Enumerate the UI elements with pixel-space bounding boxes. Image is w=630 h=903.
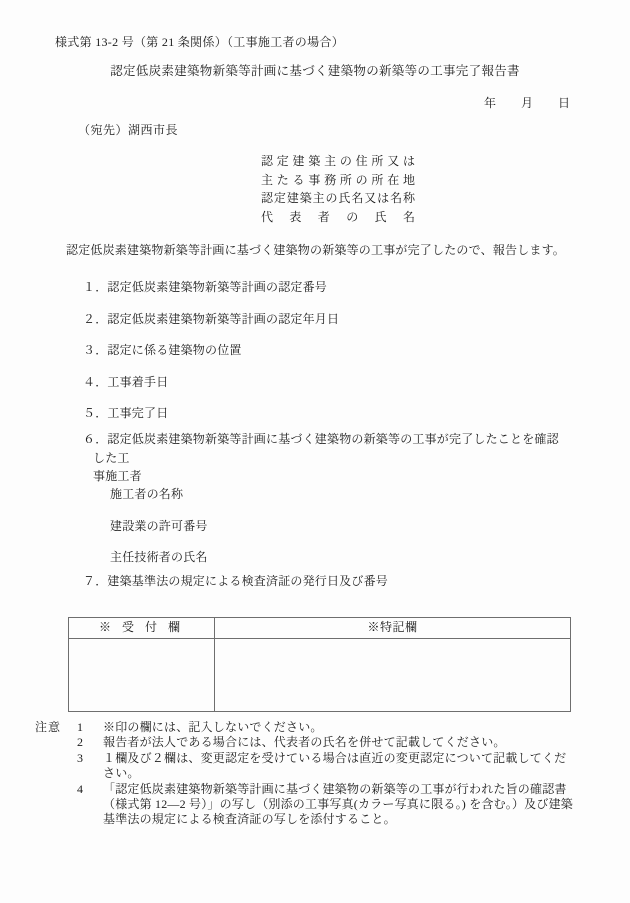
note-number: 2 — [77, 735, 103, 750]
note-number: 4 — [77, 782, 103, 828]
receipt-cell-empty — [69, 639, 215, 712]
form-page: 様式第 13-2 号（第 21 条関係）（工事施工者の場合） 認定低炭素建築物新… — [0, 0, 630, 903]
note-item-1: 1 ※印の欄には、記入しないでください。 — [77, 720, 582, 735]
remarks-cell-empty — [215, 639, 570, 712]
page-title: 認定低炭素建築物新築等計画に基づく建築物の新築等の工事完了報告書 — [0, 61, 630, 79]
table-body-row — [69, 639, 570, 712]
note-text: 報告者が法人である場合には、代表者の氏名を併せて記載してください。 — [103, 735, 506, 750]
notes-label: 注意 — [35, 720, 77, 828]
receipt-column-header: ※ 受 付 欄 — [69, 618, 215, 638]
applicant-name-line: 認定建築主の氏名又は名称 — [261, 189, 415, 208]
note-item-2: 2 報告者が法人である場合には、代表者の氏名を併せて記載してください。 — [77, 735, 582, 750]
remarks-column-header: ※特記欄 — [215, 618, 570, 638]
form-item-2: ２．認定低炭素建築物新築等計画の認定年月日 — [83, 310, 339, 327]
date-month-label: 月 — [521, 96, 533, 110]
date-year-label: 年 — [484, 96, 496, 110]
form-item-6: ６．認定低炭素建築物新築等計画に基づく建築物の新築等の工事が完了したことを確認し… — [93, 430, 563, 486]
notes-section: 注意 1 ※印の欄には、記入しないでください。 2 報告者が法人である場合には、… — [35, 720, 582, 828]
form-item-1: １．認定低炭素建築物新築等計画の認定番号 — [83, 278, 327, 295]
form-number: 様式第 13-2 号（第 21 条関係）（工事施工者の場合） — [55, 33, 344, 50]
chief-engineer-name-label: 主任技術者の氏名 — [110, 548, 208, 565]
construction-license-number-label: 建設業の許可番号 — [110, 517, 208, 534]
applicant-address-line-2: 主たる事務所の所在地 — [261, 171, 415, 190]
receipt-remarks-table: ※ 受 付 欄 ※特記欄 — [68, 617, 571, 712]
addressee: （宛先）湖西市長 — [78, 121, 178, 138]
representative-name-line: 代表者の氏名 — [261, 208, 415, 227]
date-day-label: 日 — [558, 96, 570, 110]
note-text: ※印の欄には、記入しないでください。 — [103, 720, 323, 735]
form-item-5: ５．工事完了日 — [83, 404, 168, 421]
note-text: 「認定低炭素建築物新築等計画に基づく建築物の新築等の工事が行われた旨の確認書 （… — [103, 782, 573, 828]
date-line: 年月日 — [0, 94, 570, 111]
applicant-block: 認定建築主の住所又は 主たる事務所の所在地 認定建築主の氏名又は名称 代表者の氏… — [261, 152, 415, 227]
note-text: １欄及び２欄は、変更認定を受けている場合は直近の変更認定について記載してくだ さ… — [103, 751, 566, 782]
form-item-3: ３．認定に係る建築物の位置 — [83, 341, 242, 358]
note-item-4: 4 「認定低炭素建築物新築等計画に基づく建築物の新築等の工事が行われた旨の確認書… — [77, 782, 582, 828]
opening-paragraph: 認定低炭素建築物新築等計画に基づく建築物の新築等の工事が完了したので、報告します… — [66, 241, 565, 258]
applicant-address-line-1: 認定建築主の住所又は — [261, 152, 415, 171]
note-item-3: 3 １欄及び２欄は、変更認定を受けている場合は直近の変更認定について記載してくだ… — [77, 751, 582, 782]
notes-list: 1 ※印の欄には、記入しないでください。 2 報告者が法人である場合には、代表者… — [77, 720, 582, 828]
contractor-name-label: 施工者の名称 — [110, 485, 183, 502]
form-item-4: ４．工事着手日 — [83, 373, 168, 390]
note-number: 1 — [77, 720, 103, 735]
table-header-row: ※ 受 付 欄 ※特記欄 — [69, 618, 570, 639]
form-item-7: ７．建築基準法の規定による検査済証の発行日及び番号 — [83, 572, 388, 589]
note-number: 3 — [77, 751, 103, 782]
